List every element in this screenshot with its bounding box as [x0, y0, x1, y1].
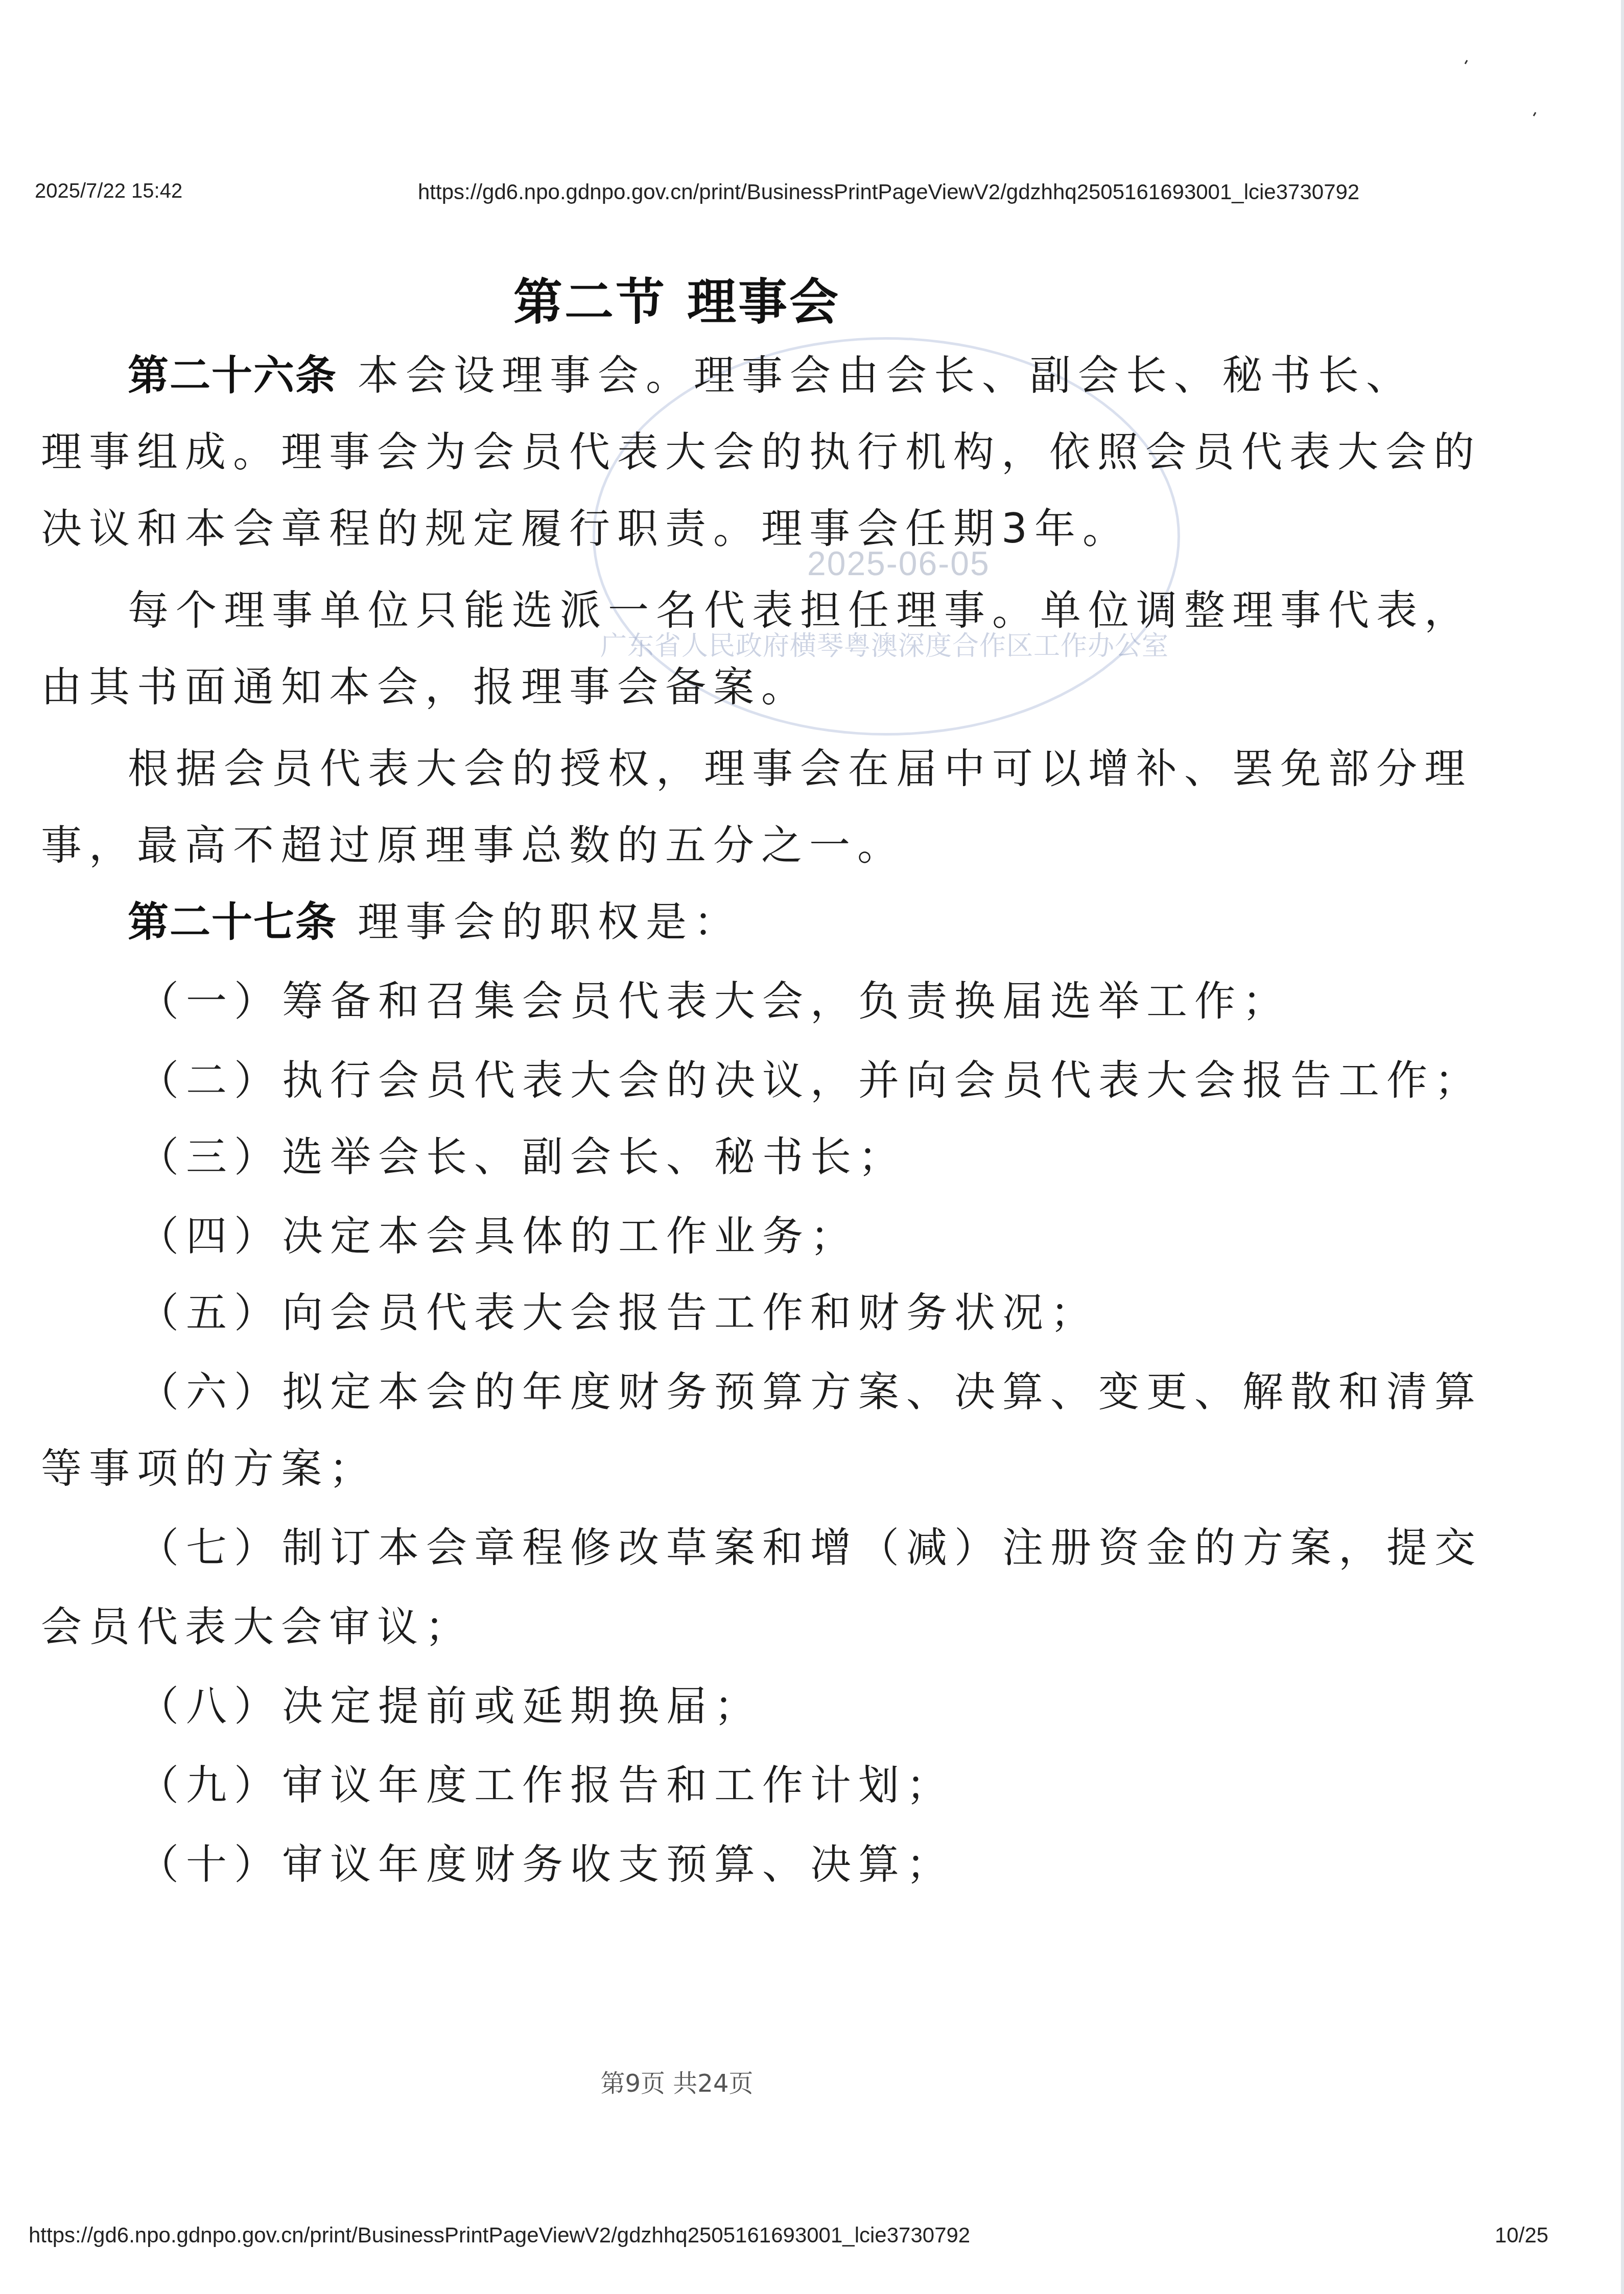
document-page-number: 第9页 共24页 — [0, 2064, 1354, 2099]
article-27-intro: 理事会的职权是： — [358, 898, 742, 945]
article-26-label: 第二十六条 — [128, 351, 337, 399]
power-item-7: （七）制订本会章程修改草案和增（减）注册资金的方案，提交 — [138, 1515, 1482, 1573]
power-item-3: （三）选举会长、副会长、秘书长； — [138, 1124, 906, 1183]
power-item-10: （十）审议年度财务收支预算、决算； — [138, 1831, 954, 1890]
article-26-para-3-line-2: 事，最高不超过原理事总数的五分之一。 — [41, 812, 905, 871]
scan-speck — [1533, 112, 1537, 116]
power-item-4: （四）决定本会具体的工作业务； — [138, 1203, 858, 1262]
article-27-heading: 第二十七条理事会的职权是： — [128, 889, 742, 948]
power-item-6: （六）拟定本会的年度财务预算方案、决算、变更、解散和清算 — [138, 1359, 1482, 1417]
print-datetime: 2025/7/22 15:42 — [35, 180, 182, 203]
power-item-7-cont: 会员代表大会审议； — [41, 1594, 473, 1652]
section-title: 第二节理事会 — [0, 263, 1354, 333]
power-item-1: （一）筹备和召集会员代表大会，负责换届选举工作； — [138, 968, 1290, 1027]
article-27-label: 第二十七条 — [128, 898, 337, 945]
power-item-2: （二）执行会员代表大会的决议，并向会员代表大会报告工作； — [138, 1047, 1482, 1106]
article-26-text: 本会设理事会。理事会由会长、副会长、秘书长、 — [358, 351, 1414, 399]
page-edge — [1621, 0, 1624, 2294]
article-26-line-1: 第二十六条本会设理事会。理事会由会长、副会长、秘书长、 — [128, 342, 1414, 401]
article-26-para-2-line-1: 每个理事单位只能选派一名代表担任理事。单位调整理事代表， — [128, 577, 1472, 636]
power-item-8: （八）决定提前或延期换届； — [138, 1673, 762, 1732]
article-26-para-3-line-1: 根据会员代表大会的授权，理事会在届中可以增补、罢免部分理 — [128, 736, 1472, 794]
print-footer-url: https://gd6.npo.gdnpo.gov.cn/print/Busin… — [29, 2223, 970, 2248]
section-title-name: 理事会 — [687, 273, 840, 330]
scan-speck — [1465, 60, 1468, 64]
article-26-para-2-line-2: 由其书面通知本会，报理事会备案。 — [41, 654, 809, 713]
power-item-6-cont: 等事项的方案； — [41, 1435, 377, 1494]
print-header-url: https://gd6.npo.gdnpo.gov.cn/print/Busin… — [418, 180, 1359, 204]
power-item-5: （五）向会员代表大会报告工作和财务状况； — [138, 1280, 1098, 1338]
article-26-line-2: 理事组成。理事会为会员代表大会的执行机构，依照会员代表大会的 — [41, 419, 1481, 478]
power-item-9: （九）审议年度工作报告和工作计划； — [138, 1752, 954, 1811]
print-page-count: 10/25 — [1495, 2223, 1548, 2248]
section-title-number: 第二节 — [513, 273, 667, 330]
article-26-line-3: 决议和本会章程的规定履行职责。理事会任期3年。 — [41, 495, 1131, 554]
